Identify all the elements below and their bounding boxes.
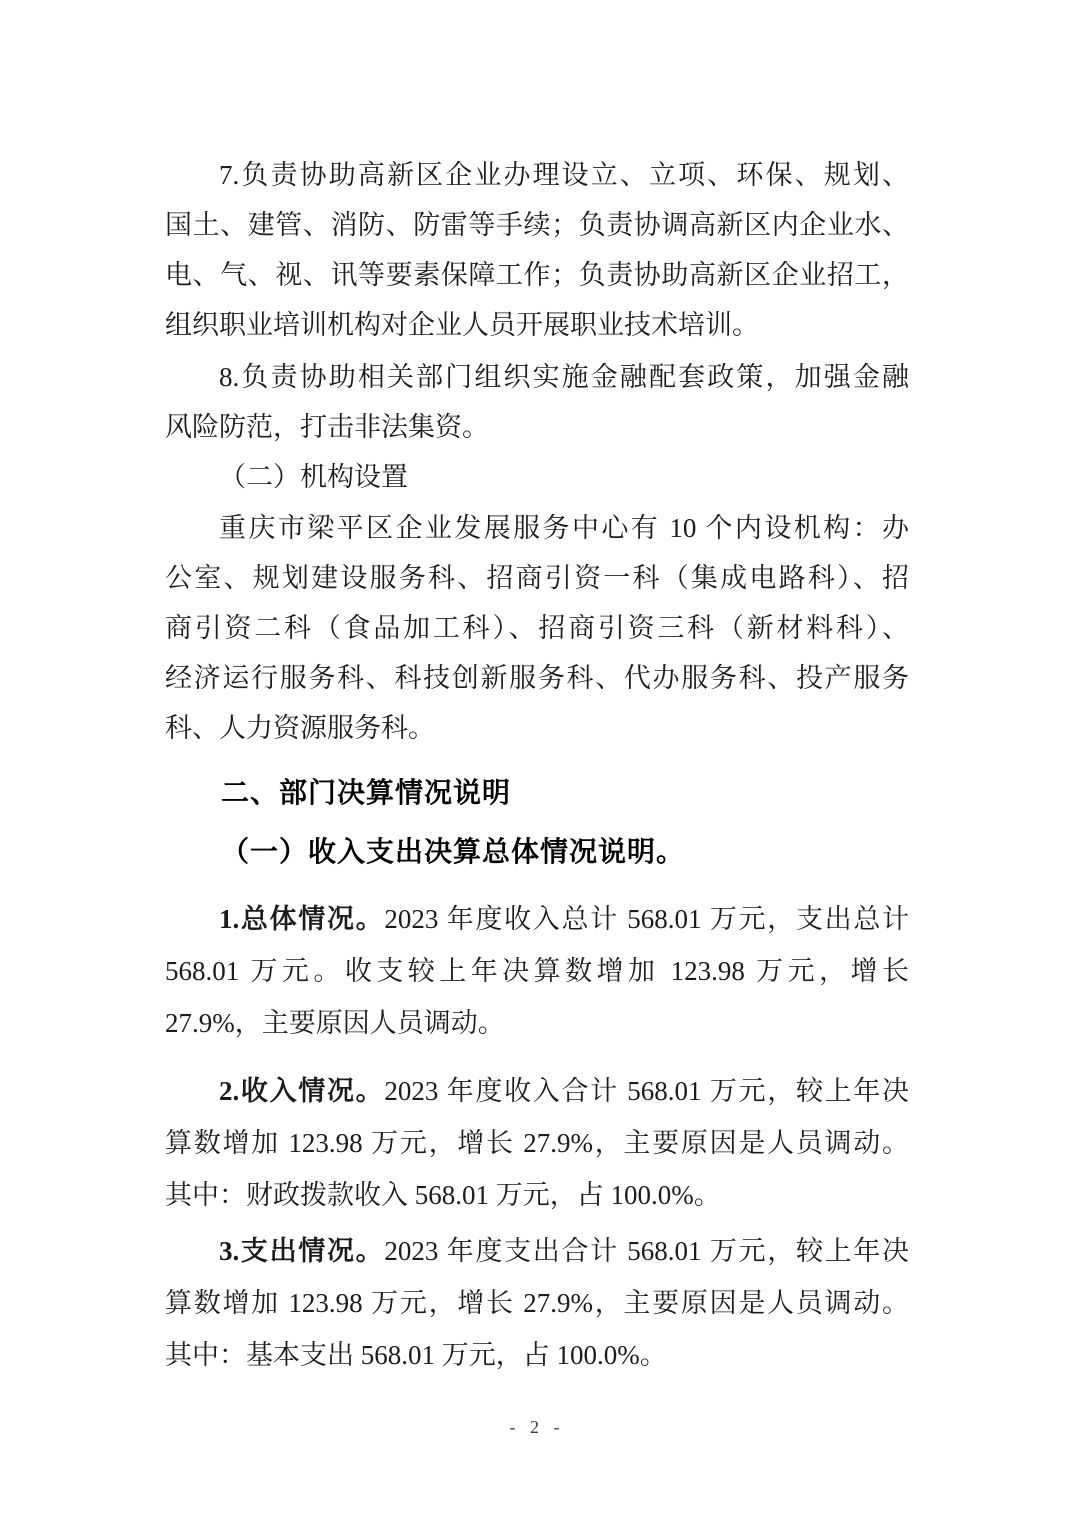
doc-line: 科、人力资源服务科。 [165, 703, 909, 753]
paragraph-duty-7: 7.负责协助高新区企业办理设立、立项、环保、规划、 国土、建管、消防、防雷等手续… [165, 150, 909, 350]
doc-line: 27.9%，主要原因人员调动。 [165, 997, 909, 1049]
document-body: 7.负责协助高新区企业办理设立、立项、环保、规划、 国土、建管、消防、防雷等手续… [165, 0, 909, 1442]
doc-line: 电、气、视、讯等要素保障工作；负责协助高新区企业招工， [165, 250, 909, 300]
bold-lead: 1.总体情况。 [219, 904, 384, 934]
doc-line: 重庆市梁平区企业发展服务中心有 10 个内设机构：办 [165, 503, 909, 553]
paragraph-organization: 重庆市梁平区企业发展服务中心有 10 个内设机构：办 公室、规划建设服务科、招商… [165, 503, 909, 753]
subsection-heading: （一）收入支出决算总体情况说明。 [165, 828, 909, 878]
paragraph-income: 2.收入情况。2023 年度收入合计 568.01 万元，较上年决 算数增加 1… [165, 1065, 909, 1221]
subsection-heading-organization: （二）机构设置 [165, 452, 909, 502]
doc-line: 风险防范，打击非法集资。 [165, 402, 909, 452]
final-accounts-section: 1.总体情况。2023 年度收入总计 568.01 万元，支出总计 568.01… [165, 893, 909, 1381]
doc-line: 7.负责协助高新区企业办理设立、立项、环保、规划、 [165, 150, 909, 200]
section-heading-final-accounts: 二、部门决算情况说明 [165, 768, 909, 818]
doc-line: 8.负责协助相关部门组织实施金融配套政策，加强金融 [165, 352, 909, 402]
doc-line: 1.总体情况。2023 年度收入总计 568.01 万元，支出总计 [165, 893, 909, 945]
doc-line: 其中：财政拨款收入 568.01 万元，占 100.0%。 [165, 1169, 909, 1221]
doc-line: 国土、建管、消防、防雷等手续；负责协调高新区内企业水、 [165, 200, 909, 250]
doc-line: 3.支出情况。2023 年度支出合计 568.01 万元，较上年决 [165, 1225, 909, 1277]
doc-line: 算数增加 123.98 万元，增长 27.9%，主要原因是人员调动。 [165, 1117, 909, 1169]
subsection-heading: （二）机构设置 [165, 452, 909, 502]
document-page: 7.负责协助高新区企业办理设立、立项、环保、规划、 国土、建管、消防、防雷等手续… [0, 0, 1075, 1520]
doc-line: 组织职业培训机构对企业人员开展职业技术培训。 [165, 300, 909, 350]
bold-lead: 2.收入情况。 [219, 1076, 384, 1106]
paragraph-overall: 1.总体情况。2023 年度收入总计 568.01 万元，支出总计 568.01… [165, 893, 909, 1049]
doc-line: 568.01 万元。收支较上年决算数增加 123.98 万元，增长 [165, 945, 909, 997]
bold-lead: 3.支出情况。 [219, 1236, 384, 1266]
doc-line: 商引资二科（食品加工科）、招商引资三科（新材料科）、 [165, 603, 909, 653]
doc-line: 经济运行服务科、科技创新服务科、代办服务科、投产服务 [165, 653, 909, 703]
paragraph-expenditure: 3.支出情况。2023 年度支出合计 568.01 万元，较上年决 算数增加 1… [165, 1225, 909, 1381]
page-number: - 2 - [165, 1412, 909, 1442]
doc-line: 算数增加 123.98 万元，增长 27.9%，主要原因是人员调动。 [165, 1277, 909, 1329]
subsection-heading-overview: （一）收入支出决算总体情况说明。 [165, 828, 909, 878]
line-text: 2023 年度收入合计 568.01 万元，较上年决 [384, 1076, 909, 1106]
line-text: 2023 年度收入总计 568.01 万元，支出总计 [384, 904, 909, 934]
doc-line: 公室、规划建设服务科、招商引资一科（集成电路科）、招 [165, 553, 909, 603]
doc-line: 其中：基本支出 568.01 万元，占 100.0%。 [165, 1329, 909, 1381]
section-heading: 二、部门决算情况说明 [165, 768, 909, 818]
paragraph-duty-8: 8.负责协助相关部门组织实施金融配套政策，加强金融 风险防范，打击非法集资。 [165, 352, 909, 452]
doc-line: 2.收入情况。2023 年度收入合计 568.01 万元，较上年决 [165, 1065, 909, 1117]
line-text: 2023 年度支出合计 568.01 万元，较上年决 [384, 1236, 909, 1266]
